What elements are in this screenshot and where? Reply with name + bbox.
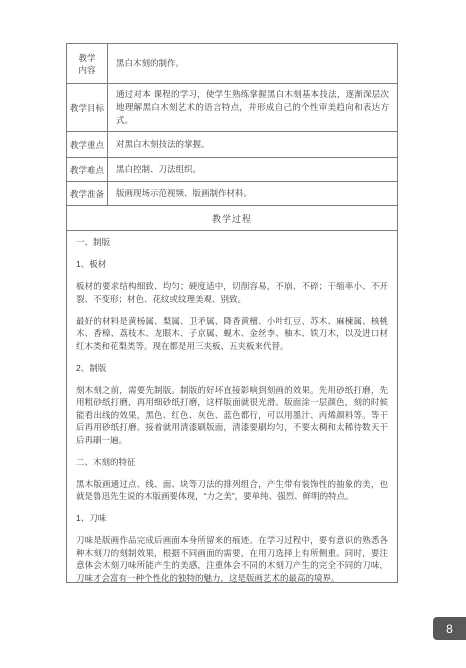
- row-value-teaching-goal: 通过对本 课程的学习，使学生熟练掌握黑白木刻基本技法，逐渐深层次地理解黑白木刻艺…: [108, 84, 397, 131]
- row-label-teaching-difficulty: 教学难点: [67, 158, 108, 181]
- process-section-header: 教学过程: [67, 206, 397, 230]
- table-row: 教学准备 版画现场示范视频、版画制作材料。: [67, 182, 397, 206]
- row-label-teaching-focus: 教学重点: [67, 132, 108, 157]
- process-paragraph: 黑木版画通过点、线、面、块等刀法的排列组合，产生带有装饰性的抽象的美，也就是鲁迅…: [76, 478, 388, 503]
- process-paragraph: 板材的要求结构细致、均匀；硬度适中，切削容易，不崩、不碎；干缩率小、不开裂、不变…: [76, 280, 388, 305]
- document-page: 教学 内容 黑白木刻的制作。 教学目标 通过对本 课程的学习，使学生熟练掌握黑白…: [0, 0, 466, 668]
- page-number-badge: 8: [433, 617, 466, 640]
- table-row: 教学重点 对黑白木刻技法的掌握。: [67, 132, 397, 158]
- row-value-teaching-difficulty: 黑白控制、刀法组织。: [108, 158, 397, 181]
- process-paragraph: 一、制版: [76, 236, 388, 249]
- process-paragraph: 1、刀味: [76, 512, 388, 525]
- table-row: 教学过程: [67, 206, 397, 231]
- process-section-body: 一、制版1、板材板材的要求结构细致、均匀；硬度适中，切削容易，不崩、不碎；干缩率…: [67, 231, 397, 582]
- table-row: 教学目标 通过对本 课程的学习，使学生熟练掌握黑白木刻基本技法，逐渐深层次地理解…: [67, 84, 397, 132]
- table-row: 教学难点 黑白控制、刀法组织。: [67, 158, 397, 182]
- row-value-teaching-preparation: 版画现场示范视频、版画制作材料。: [108, 182, 397, 205]
- table-row: 教学 内容 黑白木刻的制作。: [67, 44, 397, 84]
- process-paragraph: 最好的材料是黄杨属、梨属、卫矛属、降香黄檀、小叶红豆、苏木、麻楝属、核桃木、香樟…: [76, 315, 388, 353]
- row-label-teaching-content: 教学 内容: [67, 44, 108, 83]
- process-paragraph: 刻木刻之前，需要先制版。制版的好坏直接影响到刻画的效果。先用砂纸打磨，先用粗砂纸…: [76, 384, 388, 447]
- process-paragraph: 二、木刻的特征: [76, 456, 388, 469]
- lesson-plan-table: 教学 内容 黑白木刻的制作。 教学目标 通过对本 课程的学习，使学生熟练掌握黑白…: [66, 43, 398, 583]
- process-paragraph: 刀味是版画作品完成后画面本身所留来的痕迹。在学习过程中，要有意识的熟悉各种木刻刀…: [76, 534, 388, 582]
- process-paragraph: 2、制版: [76, 362, 388, 375]
- row-label-teaching-goal: 教学目标: [67, 84, 108, 131]
- row-value-teaching-focus: 对黑白木刻技法的掌握。: [108, 132, 397, 157]
- row-value-teaching-content: 黑白木刻的制作。: [108, 44, 397, 83]
- table-row: 一、制版1、板材板材的要求结构细致、均匀；硬度适中，切削容易，不崩、不碎；干缩率…: [67, 231, 397, 582]
- row-label-teaching-preparation: 教学准备: [67, 182, 108, 205]
- process-paragraph: 1、板材: [76, 258, 388, 271]
